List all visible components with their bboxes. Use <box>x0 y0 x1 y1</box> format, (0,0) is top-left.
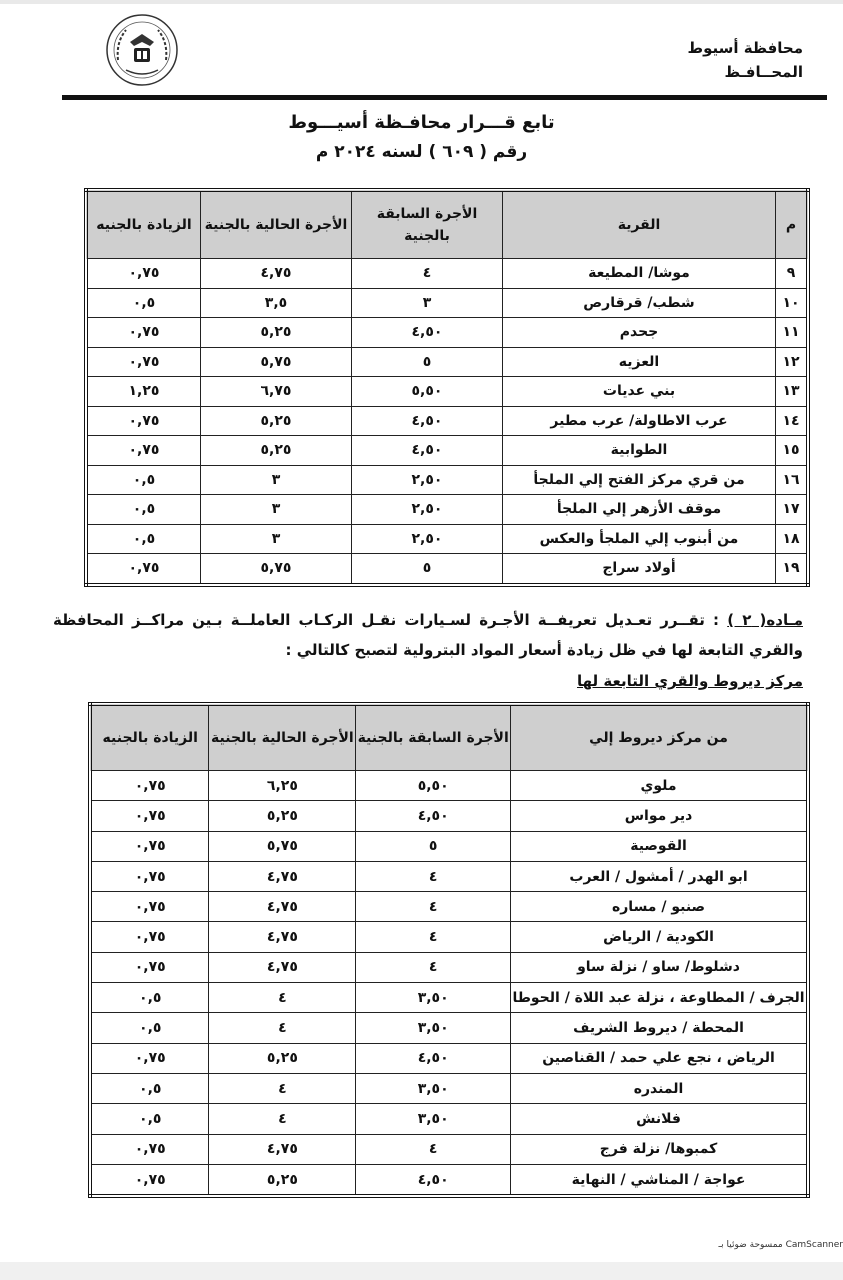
cell-previous-fare: ٥,٥٠ <box>356 771 511 801</box>
cell-current-fare: ٣ <box>201 524 352 554</box>
cell-increase: ٠,٧٥ <box>90 952 209 982</box>
cell-number: ١١ <box>776 318 809 348</box>
cell-village: من أبنوب إلي الملجأ والعكس <box>503 524 776 554</box>
cell-increase: ٠,٧٥ <box>86 318 201 348</box>
cell-increase: ٠,٥ <box>86 495 201 525</box>
col-header-village: القرية <box>503 190 776 259</box>
cell-previous-fare: ٤,٥٠ <box>352 318 503 348</box>
cell-current-fare: ٥,٧٥ <box>209 831 356 861</box>
cell-previous-fare: ٣,٥٠ <box>356 1104 511 1134</box>
table-row: المندره٣,٥٠٤٠,٥ <box>90 1073 808 1103</box>
cell-number: ١٨ <box>776 524 809 554</box>
cell-current-fare: ٣ <box>201 495 352 525</box>
cell-current-fare: ٣ <box>201 465 352 495</box>
table-row: الكودية / الرياض٤٤,٧٥٠,٧٥ <box>90 922 808 952</box>
cell-increase: ٠,٧٥ <box>90 1134 209 1164</box>
cell-previous-fare: ٤ <box>356 922 511 952</box>
article-2-text: : تقــرر تعـديل تعريفــة الأجـرة لسـيارا… <box>53 611 803 659</box>
cell-destination: عواجة / المناشي / النهاية <box>511 1164 808 1196</box>
cell-current-fare: ٥,٢٥ <box>201 436 352 466</box>
cell-increase: ٠,٥ <box>86 465 201 495</box>
table-row: ١٨من أبنوب إلي الملجأ والعكس٢,٥٠٣٠,٥ <box>86 524 808 554</box>
cell-previous-fare: ٤,٥٠ <box>352 436 503 466</box>
cell-current-fare: ٥,٢٥ <box>209 1043 356 1073</box>
table-row: ١١جحدم٤,٥٠٥,٢٥٠,٧٥ <box>86 318 808 348</box>
col-header-destination: من مركز ديروط إلي <box>511 704 808 771</box>
cell-village: من قري مركز الفتح إلي الملجأ <box>503 465 776 495</box>
table-row: كمبوها/ نزلة فرج٤٤,٧٥٠,٧٥ <box>90 1134 808 1164</box>
cell-current-fare: ٤,٧٥ <box>209 861 356 891</box>
col-header-previous-fare: الأجرة السابقة بالجنية <box>352 190 503 259</box>
header-divider <box>62 95 827 100</box>
table-row: ملوي٥,٥٠٦,٢٥٠,٧٥ <box>90 771 808 801</box>
cell-number: ١٧ <box>776 495 809 525</box>
cell-increase: ٠,٥ <box>90 983 209 1013</box>
cell-village: العزيه <box>503 347 776 377</box>
cell-current-fare: ٤ <box>209 1013 356 1043</box>
table-row: ١٤عرب الاطاولة/ عرب مطير٤,٥٠٥,٢٥٠,٧٥ <box>86 406 808 436</box>
decree-number: رقم ( ٦٠٩ ) لسنه ٢٠٢٤ م <box>0 142 843 162</box>
cell-destination: الكودية / الرياض <box>511 922 808 952</box>
cell-previous-fare: ٣,٥٠ <box>356 1013 511 1043</box>
fare-table-dayrout: من مركز ديروط إلي الأجرة السابقة بالجنية… <box>88 702 810 1198</box>
cell-village: موشا/ المطيعة <box>503 259 776 289</box>
cell-previous-fare: ٤,٥٠ <box>356 1043 511 1073</box>
table-header-row: م القرية الأجرة السابقة بالجنية الأجرة ا… <box>86 190 808 259</box>
table-row: ١٣بني عديات٥,٥٠٦,٧٥١,٢٥ <box>86 377 808 407</box>
table-row: صنبو / مساره٤٤,٧٥٠,٧٥ <box>90 892 808 922</box>
cell-destination: ملوي <box>511 771 808 801</box>
cell-increase: ٠,٥ <box>90 1013 209 1043</box>
cell-previous-fare: ٥,٥٠ <box>352 377 503 407</box>
cell-village: بني عديات <box>503 377 776 407</box>
cell-increase: ٠,٧٥ <box>90 922 209 952</box>
cell-current-fare: ٤ <box>209 1073 356 1103</box>
cell-previous-fare: ٢,٥٠ <box>352 524 503 554</box>
governorate-name: محافظة أسيوط <box>688 36 803 60</box>
cell-increase: ٠,٧٥ <box>86 347 201 377</box>
cell-current-fare: ٤,٧٥ <box>209 892 356 922</box>
cell-destination: الجرف / المطاوعة ، نزلة عبد اللاة / الحو… <box>511 983 808 1013</box>
cell-increase: ٠,٥ <box>86 288 201 318</box>
cell-previous-fare: ٤ <box>356 952 511 982</box>
cell-number: ١٦ <box>776 465 809 495</box>
cell-number: ١٣ <box>776 377 809 407</box>
letterhead-text: محافظة أسيوط المحــافـظ <box>688 36 803 84</box>
col-header-number: م <box>776 190 809 259</box>
cell-previous-fare: ٥ <box>356 831 511 861</box>
cell-current-fare: ٤ <box>209 983 356 1013</box>
cell-current-fare: ٣,٥ <box>201 288 352 318</box>
cell-previous-fare: ٣ <box>352 288 503 318</box>
cell-current-fare: ٤,٧٥ <box>209 922 356 952</box>
cell-increase: ٠,٧٥ <box>86 406 201 436</box>
cell-increase: ٠,٧٥ <box>90 801 209 831</box>
cell-number: ١٤ <box>776 406 809 436</box>
table-row: دير مواس٤,٥٠٥,٢٥٠,٧٥ <box>90 801 808 831</box>
cell-number: ١٠ <box>776 288 809 318</box>
cell-previous-fare: ٣,٥٠ <box>356 983 511 1013</box>
cell-destination: دشلوط/ ساو / نزلة ساو <box>511 952 808 982</box>
cell-increase: ٠,٧٥ <box>86 554 201 585</box>
cell-increase: ٠,٧٥ <box>90 1043 209 1073</box>
article-2-paragraph: مـاده( ٢ ) : تقــرر تعـديل تعريفــة الأج… <box>53 605 803 665</box>
cell-current-fare: ٤,٧٥ <box>209 1134 356 1164</box>
fare-table-villages: م القرية الأجرة السابقة بالجنية الأجرة ا… <box>84 188 810 587</box>
table-row: عواجة / المناشي / النهاية٤,٥٠٥,٢٥٠,٧٥ <box>90 1164 808 1196</box>
table-row: ١٧موقف الأزهر إلي الملجأ٢,٥٠٣٠,٥ <box>86 495 808 525</box>
cell-village: جحدم <box>503 318 776 348</box>
cell-increase: ٠,٥ <box>90 1073 209 1103</box>
cell-destination: صنبو / مساره <box>511 892 808 922</box>
governorate-seal-icon <box>104 12 180 88</box>
cell-number: ٩ <box>776 259 809 289</box>
cell-previous-fare: ٣,٥٠ <box>356 1073 511 1103</box>
cell-current-fare: ٥,٢٥ <box>209 801 356 831</box>
cell-destination: المندره <box>511 1073 808 1103</box>
cell-destination: القوصية <box>511 831 808 861</box>
table-row: ابو الهدر / أمشول / العرب٤٤,٧٥٠,٧٥ <box>90 861 808 891</box>
cell-increase: ٠,٥ <box>90 1104 209 1134</box>
table-row: ١٦من قري مركز الفتح إلي الملجأ٢,٥٠٣٠,٥ <box>86 465 808 495</box>
scanner-watermark: CamScanner ممسوحة ضوئيا بـ <box>719 1240 843 1250</box>
cell-previous-fare: ٤,٥٠ <box>352 406 503 436</box>
cell-current-fare: ٥,٧٥ <box>201 554 352 585</box>
section-heading-dayrout: مركز ديروط والقري التابعة لها <box>577 672 803 690</box>
table-row: ١٩أولاد سراج٥٥,٧٥٠,٧٥ <box>86 554 808 585</box>
cell-increase: ١,٢٥ <box>86 377 201 407</box>
cell-previous-fare: ٤ <box>356 1134 511 1164</box>
col-header-current-fare: الأجرة الحالية بالجنية <box>201 190 352 259</box>
table-row: ١٠شطب/ قرقارص٣٣,٥٠,٥ <box>86 288 808 318</box>
col-header-current-fare: الأجرة الحالية بالجنية <box>209 704 356 771</box>
cell-village: موقف الأزهر إلي الملجأ <box>503 495 776 525</box>
table-row: المحطة / ديروط الشريف٣,٥٠٤٠,٥ <box>90 1013 808 1043</box>
table-row: فلانش٣,٥٠٤٠,٥ <box>90 1104 808 1134</box>
cell-destination: الرياض ، نجع علي حمد / القناصين <box>511 1043 808 1073</box>
table-row: الرياض ، نجع علي حمد / القناصين٤,٥٠٥,٢٥٠… <box>90 1043 808 1073</box>
cell-destination: ابو الهدر / أمشول / العرب <box>511 861 808 891</box>
cell-destination: دير مواس <box>511 801 808 831</box>
cell-current-fare: ٤,٧٥ <box>201 259 352 289</box>
cell-current-fare: ٦,٧٥ <box>201 377 352 407</box>
cell-number: ١٢ <box>776 347 809 377</box>
cell-destination: كمبوها/ نزلة فرج <box>511 1134 808 1164</box>
cell-increase: ٠,٧٥ <box>90 861 209 891</box>
cell-previous-fare: ٤,٥٠ <box>356 1164 511 1196</box>
cell-previous-fare: ٢,٥٠ <box>352 495 503 525</box>
cell-previous-fare: ٢,٥٠ <box>352 465 503 495</box>
cell-increase: ٠,٧٥ <box>86 436 201 466</box>
cell-number: ١٥ <box>776 436 809 466</box>
cell-current-fare: ٤ <box>209 1104 356 1134</box>
article-2-label: مـاده( ٢ ) <box>727 611 803 629</box>
cell-increase: ٠,٧٥ <box>90 831 209 861</box>
cell-village: أولاد سراج <box>503 554 776 585</box>
cell-previous-fare: ٥ <box>352 554 503 585</box>
cell-current-fare: ٥,٢٥ <box>201 406 352 436</box>
cell-previous-fare: ٤ <box>356 861 511 891</box>
cell-village: شطب/ قرقارص <box>503 288 776 318</box>
cell-increase: ٠,٧٥ <box>90 892 209 922</box>
cell-increase: ٠,٧٥ <box>86 259 201 289</box>
table-row: دشلوط/ ساو / نزلة ساو٤٤,٧٥٠,٧٥ <box>90 952 808 982</box>
table-row: ٩موشا/ المطيعة٤٤,٧٥٠,٧٥ <box>86 259 808 289</box>
cell-increase: ٠,٥ <box>86 524 201 554</box>
decree-title: تابع قـــرار محافـظة أسيـــوط <box>0 112 843 133</box>
cell-village: الطوابية <box>503 436 776 466</box>
col-header-increase: الزيادة بالجنيه <box>86 190 201 259</box>
cell-village: عرب الاطاولة/ عرب مطير <box>503 406 776 436</box>
cell-increase: ٠,٧٥ <box>90 771 209 801</box>
cell-current-fare: ٥,٧٥ <box>201 347 352 377</box>
cell-increase: ٠,٧٥ <box>90 1164 209 1196</box>
cell-previous-fare: ٤ <box>352 259 503 289</box>
cell-number: ١٩ <box>776 554 809 585</box>
table-row: ١٢العزيه٥٥,٧٥٠,٧٥ <box>86 347 808 377</box>
cell-current-fare: ٥,٢٥ <box>209 1164 356 1196</box>
letterhead: محافظة أسيوط المحــافـظ <box>0 0 843 105</box>
table-row: ١٥الطوابية٤,٥٠٥,٢٥٠,٧٥ <box>86 436 808 466</box>
office-name: المحــافـظ <box>688 60 803 84</box>
table-row: القوصية٥٥,٧٥٠,٧٥ <box>90 831 808 861</box>
cell-current-fare: ٥,٢٥ <box>201 318 352 348</box>
table-row: الجرف / المطاوعة ، نزلة عبد اللاة / الحو… <box>90 983 808 1013</box>
cell-previous-fare: ٥ <box>352 347 503 377</box>
cell-previous-fare: ٤,٥٠ <box>356 801 511 831</box>
table-header-row: من مركز ديروط إلي الأجرة السابقة بالجنية… <box>90 704 808 771</box>
cell-destination: المحطة / ديروط الشريف <box>511 1013 808 1043</box>
cell-previous-fare: ٤ <box>356 892 511 922</box>
col-header-previous-fare: الأجرة السابقة بالجنية <box>356 704 511 771</box>
cell-current-fare: ٤,٧٥ <box>209 952 356 982</box>
cell-destination: فلانش <box>511 1104 808 1134</box>
cell-current-fare: ٦,٢٥ <box>209 771 356 801</box>
bottom-band <box>0 1262 843 1280</box>
col-header-increase: الزيادة بالجنيه <box>90 704 209 771</box>
